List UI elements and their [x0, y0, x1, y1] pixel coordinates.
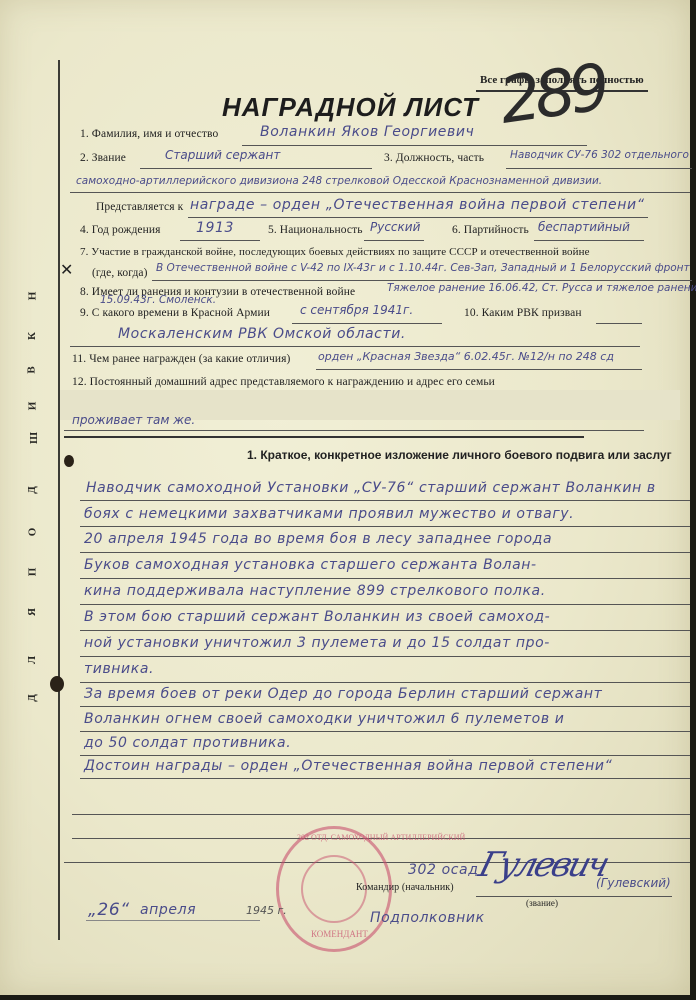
underline: [534, 240, 644, 241]
ruled-line: [80, 578, 690, 579]
narrative-line: тивника.: [84, 661, 154, 677]
side-letter: В: [26, 366, 38, 373]
side-letter: О: [26, 528, 38, 537]
field-6-value: беспартийный: [538, 220, 630, 234]
ruled-line: [80, 682, 690, 683]
ruled-line: [80, 755, 690, 756]
commander-label: Командир (начальник): [356, 882, 454, 893]
narrative-line: Наводчик самоходной Установки „СУ-76“ ст…: [86, 480, 656, 496]
field-3-value: Наводчик СУ-76 302 отдельного: [510, 149, 689, 161]
field-3-label: 3. Должность, часть: [384, 152, 484, 164]
underline: [476, 896, 672, 897]
narrative-line: Достоин награды – орден „Отечественная в…: [84, 758, 612, 774]
narrative-line: боях с немецкими захватчиками проявил му…: [84, 506, 574, 522]
rank-label: (звание): [526, 898, 558, 908]
underline: [180, 240, 260, 241]
underline: [292, 323, 442, 324]
stamp-bottom-text: КОМЕНДАНТ: [311, 929, 368, 939]
x-mark-icon: ✕: [60, 260, 73, 279]
underline: [70, 346, 640, 347]
date-month: апреля: [140, 902, 196, 918]
side-letter: Д: [26, 486, 38, 494]
narrative-line: 20 апреля 1945 года во время боя в лесу …: [84, 531, 552, 547]
field-2-label: 2. Звание: [80, 152, 126, 164]
narrative-line: до 50 солдат противника.: [84, 735, 291, 751]
ruled-line: [80, 778, 690, 779]
field-8-value-cont: 15.09.43г. Смоленск.: [100, 294, 216, 306]
side-letter: И: [26, 402, 38, 411]
side-letter: К: [26, 332, 38, 340]
award-value: награде – орден „Отечественная война пер…: [190, 197, 645, 213]
side-letter: П: [26, 568, 38, 577]
ruled-line: [80, 630, 690, 631]
field-4-label: 4. Год рождения: [80, 224, 161, 236]
narrative-line: Буков самоходная установка старшего серж…: [84, 557, 537, 573]
side-letter: Ш: [28, 432, 40, 444]
field-1-value: Воланкин Яков Георгиевич: [260, 124, 474, 140]
section-heading: 1. Краткое, конкретное изложение личного…: [247, 448, 672, 462]
underline: [64, 430, 644, 431]
field-6-label: 6. Партийность: [452, 224, 529, 236]
field-10-value: Москаленским РВК Омской области.: [118, 326, 406, 342]
signer-name: (Гулевский): [596, 876, 671, 890]
underline: [242, 145, 587, 146]
commander-unit: 302 осад: [408, 862, 479, 878]
side-letter: Д: [26, 694, 38, 702]
signature: Гулевич: [475, 845, 612, 885]
stamp-text: 302 ОТД. САМОХОДНЫЙ АРТИЛЛЕРИЙСКИЙ: [297, 833, 465, 842]
award-label: Представляется к: [96, 201, 183, 213]
underline: [152, 280, 692, 281]
field-4-value: 1913: [196, 220, 234, 236]
ruled-line: [80, 604, 690, 605]
side-letter: Л: [26, 656, 38, 664]
field-8-value: Тяжелое ранение 16.06.42, Ст. Русса и тя…: [387, 282, 696, 294]
side-letter: Н: [26, 292, 38, 301]
narrative-line: Воланкин огнем своей самоходки уничтожил…: [84, 711, 564, 727]
underline: [596, 323, 642, 324]
field-5-label: 5. Национальность: [268, 224, 363, 236]
archive-number: 289: [495, 51, 608, 139]
field-12-value: проживает там же.: [72, 413, 195, 427]
underline: [316, 369, 642, 370]
field-9-value: с сентября 1941г.: [300, 303, 413, 317]
ruled-line: [80, 500, 690, 501]
underline: [140, 168, 372, 169]
date-day: „26“: [88, 900, 130, 920]
field-5-value: Русский: [370, 220, 420, 234]
field-7-label: 7. Участие в гражданской войне, последую…: [80, 246, 590, 258]
field-1-label: 1. Фамилия, имя и отчество: [80, 128, 218, 140]
ruled-line: [72, 814, 690, 815]
field-2-value: Старший сержант: [165, 148, 280, 162]
ruled-line: [80, 731, 690, 732]
underline: [364, 240, 424, 241]
narrative-line: За время боев от реки Одер до города Бер…: [84, 686, 602, 702]
field-11-value: орден „Красная Звезда“ 6.02.45г. №12/н п…: [318, 350, 614, 363]
field-3-value-cont: самоходно-артиллерийского дивизиона 248 …: [76, 175, 602, 187]
margin-line: [58, 60, 60, 940]
punch-hole: [50, 676, 64, 692]
underline: [70, 192, 690, 193]
narrative-line: кина поддерживала наступление 899 стрелк…: [84, 583, 546, 599]
ruled-line: [80, 706, 690, 707]
field-7-value: В Отечественной войне с V-42 по IX-43г и…: [156, 262, 690, 274]
divider: [64, 436, 584, 438]
rank-value: Подполковник: [370, 910, 485, 926]
award-sheet: Н К В И Ш Д О П Я Л Д Все графы заполнят…: [0, 0, 690, 995]
field-11-label: 11. Чем ранее награжден (за какие отличи…: [72, 353, 290, 365]
punch-hole: [64, 455, 74, 467]
side-letter: Я: [26, 608, 38, 616]
ruled-line: [80, 526, 690, 527]
underline: [86, 920, 260, 921]
document-title: НАГРАДНОЙ ЛИСТ: [222, 92, 479, 123]
ruled-line: [80, 552, 690, 553]
underline: [506, 168, 692, 169]
field-9-label: 9. С какого времени в Красной Армии: [80, 307, 270, 319]
narrative-line: ной установки уничтожил 3 пулемета и до …: [84, 635, 550, 651]
field-10-label: 10. Каким РВК призван: [464, 307, 582, 319]
field-12-label: 12. Постоянный домашний адрес представля…: [72, 376, 495, 388]
ruled-line: [80, 656, 690, 657]
narrative-line: В этом бою старший сержант Воланкин из с…: [84, 609, 550, 625]
date-year: 1945 г.: [246, 904, 287, 917]
field-7-label-cont: (где, когда): [92, 267, 148, 279]
underline: [188, 217, 648, 218]
